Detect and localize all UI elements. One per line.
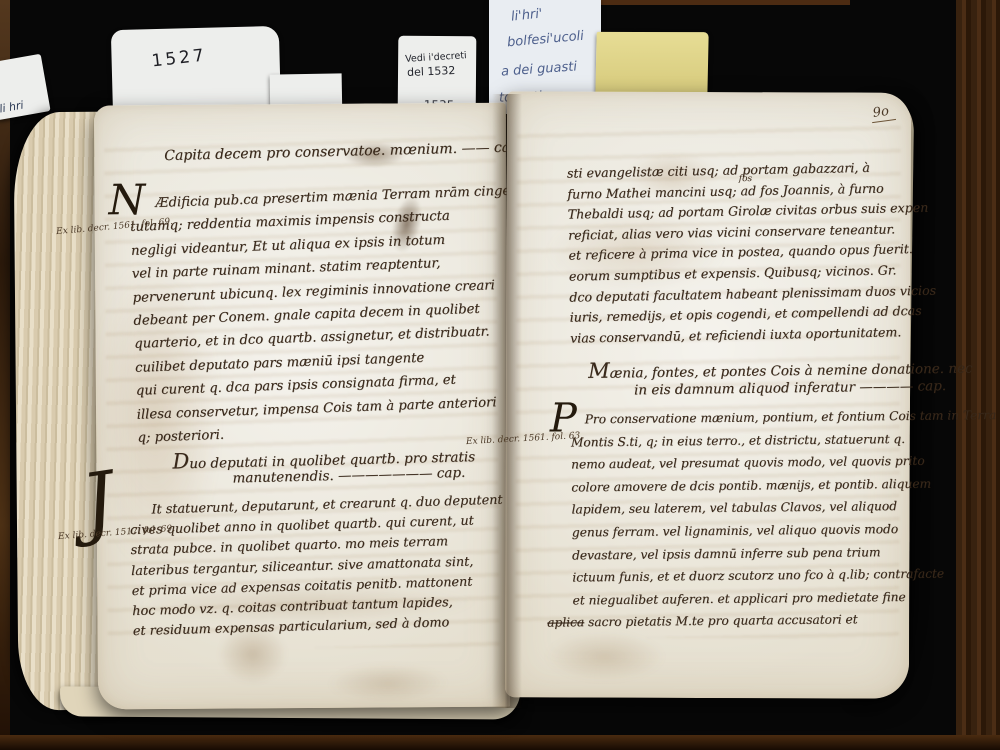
right-page-paragraph-2: Pro conservatione mænium, pontium, et fo… (571, 404, 999, 612)
tab-libri-line1: li'hri' (510, 6, 543, 24)
right-page-paragraph-1: sti evangelistæ citi usq; ad portam gaba… (567, 157, 937, 349)
right-page-section-heading-line2: in eis damnum aliquod inferatur ———— cap… (634, 378, 946, 398)
right-page-last-line: aplica sacro pietatis M.te pro quarta ac… (547, 608, 858, 634)
left-page-paragraph-1: Ædificia pub.ca presertim mænia Terram n… (129, 179, 545, 451)
left-page-paragraph-2: It statuerunt, deputarunt, et crearunt q… (129, 491, 506, 643)
tab-1527-text: 1527 (151, 45, 208, 71)
wood-table-top-edge (570, 0, 850, 5)
struck-word: aplica (547, 615, 584, 629)
bookmark-tab-yellow (595, 32, 708, 98)
manuscript-line: Pro conservatione mænium, pontium, et fo… (585, 404, 997, 431)
last-line-text: sacro pietatis M.te pro quarta accusator… (584, 612, 858, 629)
manuscript-line: ictuum funis, et et duorz scutorz uno fc… (572, 562, 998, 589)
stain (328, 663, 448, 704)
interlinear-addition: fos (739, 174, 752, 184)
tab-libri-line2: bolfesi'ucoli (506, 29, 584, 51)
left-page-initial-N: N (108, 175, 145, 224)
left-page: Capita decem pro conservatoe. mœnium. ——… (94, 103, 510, 710)
left-page-chapter-heading: Capita decem pro conservatoe. mœnium. ——… (164, 139, 524, 164)
tab-libri-line3: a dei guasti (501, 59, 578, 79)
tab-vedi-line1: Vedi i'decreti (405, 50, 467, 65)
wood-table-bottom-edge (0, 735, 1000, 750)
manuscript-line: et niegualibet auferen. et applicari pro… (572, 585, 998, 612)
manuscript-photo: li hri 1527 Vedi i'decreti del 1532 1535… (0, 0, 1000, 750)
tab-fragment-text: li hri (0, 99, 24, 116)
tab-vedi-line2: del 1532 (407, 64, 456, 79)
bookmark-tab-fragment: li hri (0, 54, 51, 120)
right-page: 9o sti evangelistæ citi usq; ad portam g… (505, 91, 911, 698)
page-number: 9o (870, 103, 896, 123)
stain (545, 631, 665, 681)
